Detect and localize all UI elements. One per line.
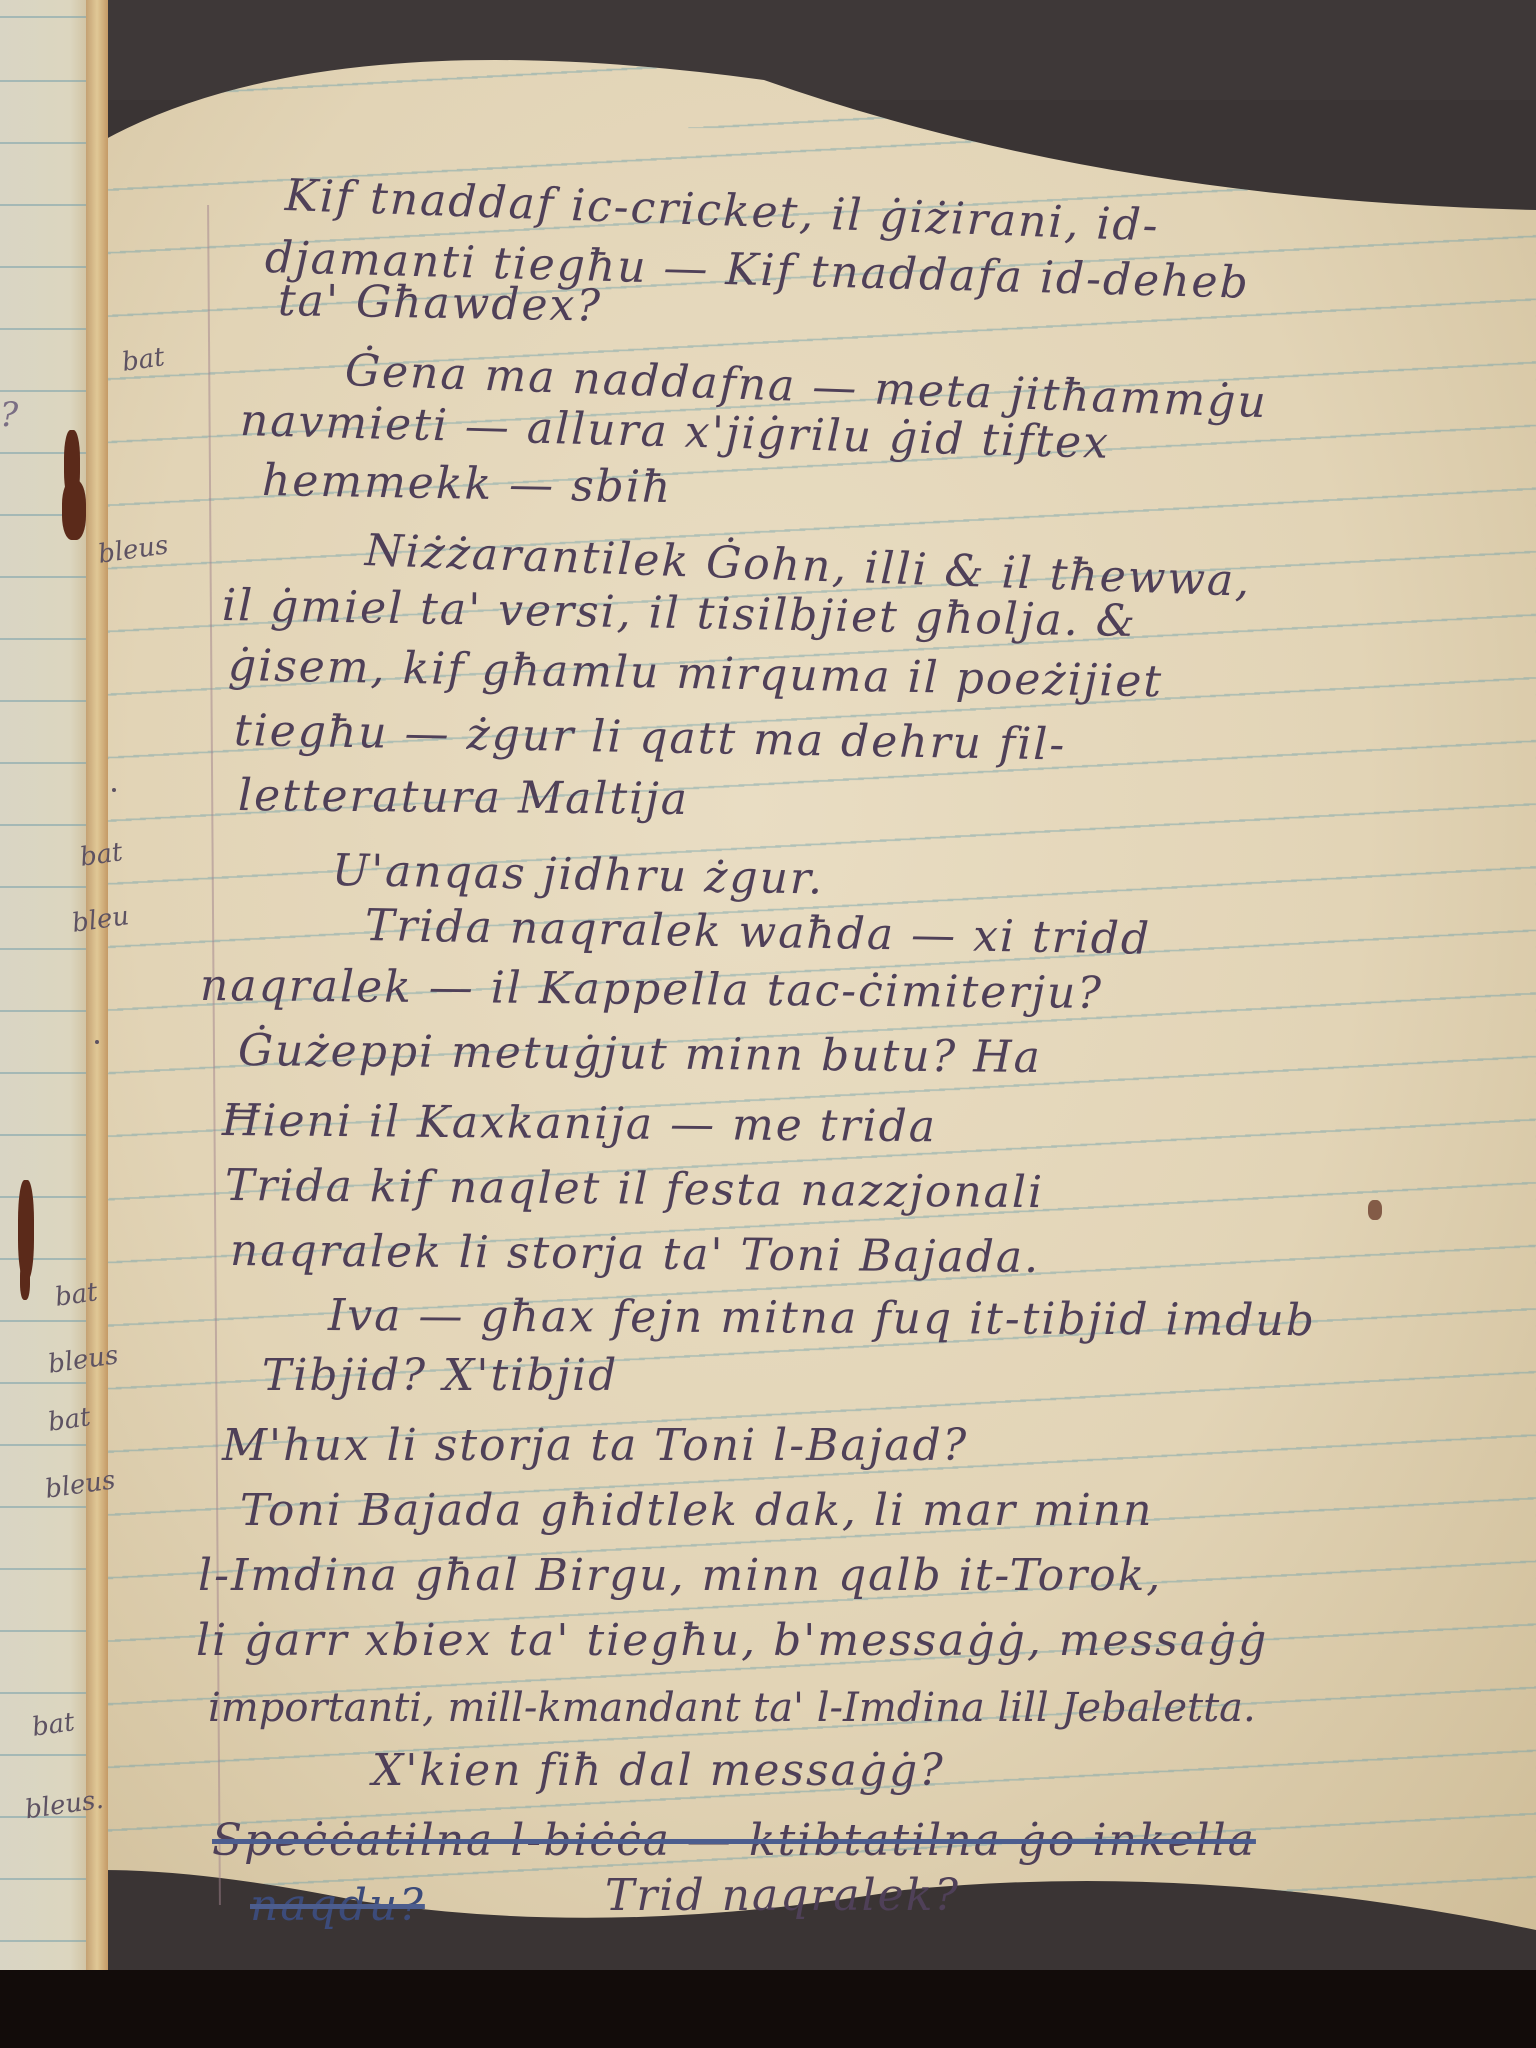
- text-line: Ġużeppi metuġjut minn butu? Ha: [238, 1025, 1042, 1083]
- margin-note: bleu: [70, 901, 131, 939]
- text-line: Trida kif naqlet il festa nazzjonali: [225, 1160, 1044, 1218]
- text-line: Toni Bajada għidtlek dak, li mar minn: [240, 1485, 1153, 1536]
- text-line: Iva — għax fejn mitna fuq it-tibjid imdu…: [328, 1290, 1316, 1346]
- margin-note: bat: [53, 1277, 99, 1313]
- margin-note: bleus: [46, 1340, 120, 1380]
- text-line: Ħieni il Kaxkanija — me trida: [222, 1095, 937, 1152]
- margin-dot: [112, 788, 116, 792]
- text-line: U'anqas jidhru żgur.: [332, 845, 825, 905]
- struck-text-line: naqdu?: [250, 1880, 425, 1931]
- text-line: naqralek li storja ta' Toni Bajada.: [230, 1225, 1041, 1283]
- text-line: Trida naqralek waħda — xi tridd: [365, 900, 1152, 965]
- text-line: Tibjid? X'tibjid: [262, 1350, 618, 1401]
- text-line: l-Imdina għal Birgu, minn qalb it-Torok,: [198, 1550, 1162, 1601]
- margin-note: bleus.: [23, 1785, 105, 1826]
- text-line: li ġarr xbiex ta' tiegħu, b'messaġġ, mes…: [196, 1615, 1268, 1666]
- struck-text-line: Speċċatilna l-biċċa — ktibtatilna ġo ink…: [212, 1815, 1256, 1866]
- margin-note: bat: [46, 1402, 92, 1438]
- text-line: X'kien fiħ dal messaġġ?: [372, 1745, 945, 1796]
- text-line: importanti, mill-kmandant ta' l-Imdina l…: [208, 1685, 1256, 1731]
- text-line: letteratura Maltija: [238, 770, 689, 825]
- margin-note: bleus: [43, 1465, 117, 1505]
- text-line: hemmekk — sbiħ: [262, 455, 673, 513]
- margin-note: bat: [78, 837, 124, 873]
- text-line: tiegħu — żgur li qatt ma dehru fil-: [234, 705, 1067, 771]
- text-line: ta' Għawdex?: [278, 275, 603, 332]
- margin-note: bleus: [96, 530, 170, 570]
- margin-note: bat: [30, 1707, 76, 1743]
- text-line: Trid naqralek?: [605, 1870, 960, 1921]
- margin-dot: [95, 1040, 99, 1044]
- text-line: ġisem, kif għamlu mirquma il poeżijiet: [228, 640, 1164, 707]
- text-line: M'hux li storja ta Toni l-Bajad?: [222, 1420, 968, 1471]
- margin-note: bat: [120, 342, 166, 378]
- handwritten-text: Kif tnaddaf ic-cricket, il ġiżirani, id-…: [0, 0, 1536, 2048]
- text-line: naqralek — il Kappella tac-ċimiterju?: [200, 960, 1103, 1019]
